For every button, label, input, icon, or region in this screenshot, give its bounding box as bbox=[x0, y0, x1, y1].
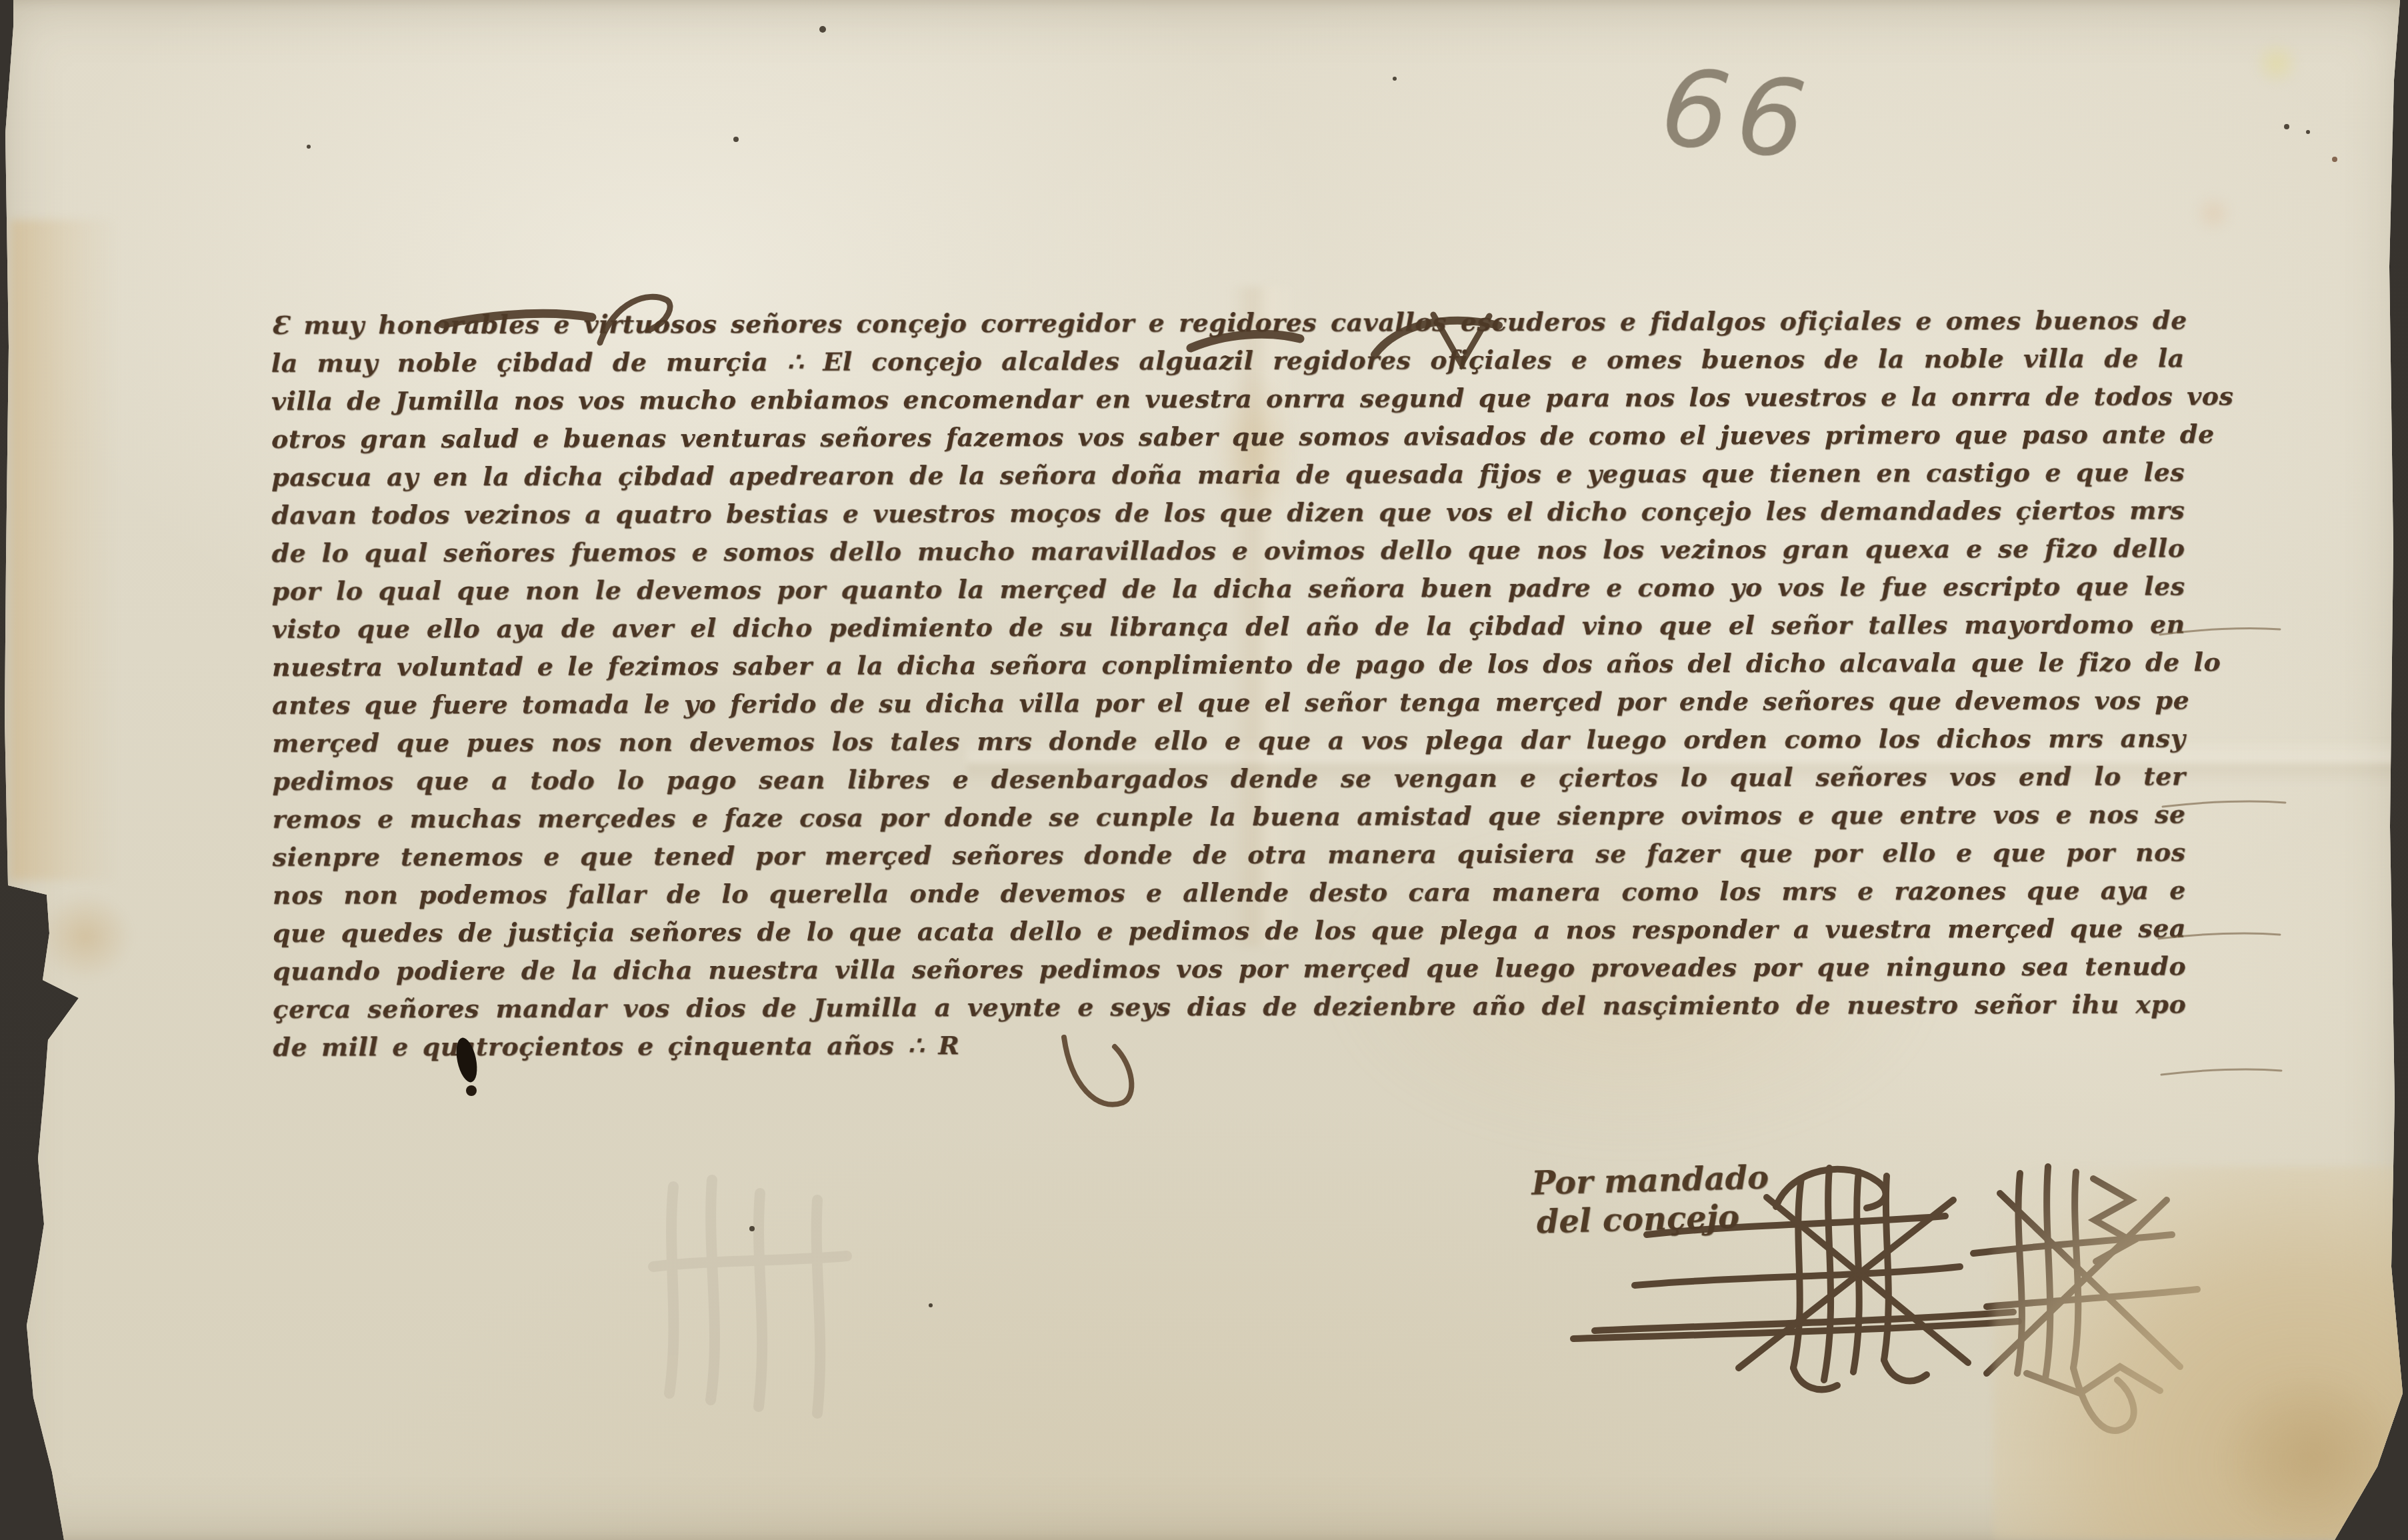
text-line: la muy noble çibdad de murçia ∴ El conçe… bbox=[271, 339, 2185, 382]
signature-by-line: Por mandado bbox=[1531, 1158, 1769, 1203]
signature-office-line: del conçejo bbox=[1532, 1197, 1770, 1241]
text-line: quando podiere de la dicha nuestra villa… bbox=[273, 947, 2186, 990]
text-line: de lo qual señores fuemos e somos dello … bbox=[271, 529, 2185, 572]
text-line: que quedes de justiçia señores de lo que… bbox=[273, 909, 2186, 952]
text-line: pedimos que a todo lo pago sean libres e… bbox=[272, 757, 2185, 800]
signature-rubric-icon bbox=[1973, 1167, 2197, 1431]
text-line: Ɛ muy honorables e virtuosos señores con… bbox=[271, 301, 2185, 344]
corner-water-stain-deep bbox=[2220, 1373, 2408, 1540]
ghost-writing bbox=[653, 1180, 847, 1413]
photograph-background: 66 Ɛ muy honorables e virtuosos señores … bbox=[0, 0, 2408, 1540]
text-line: davan todos vezinos a quatro bestias e v… bbox=[271, 491, 2185, 534]
text-line: merçed que pues nos non devemos los tale… bbox=[272, 719, 2185, 762]
text-line: sienpre tenemos e que tened por merçed s… bbox=[273, 833, 2186, 876]
signature-block: Por mandado del conçejo bbox=[1531, 1158, 1771, 1241]
corner-water-stain bbox=[1993, 1167, 2408, 1540]
text-line: nuestra voluntad e le fezimos saber a la… bbox=[272, 643, 2185, 686]
text-line: nos non podemos fallar de lo querella on… bbox=[273, 871, 2186, 914]
text-line: villa de Jumilla nos vos mucho enbiamos … bbox=[271, 377, 2185, 420]
text-line: çerca señores mandar vos dios de Jumilla… bbox=[273, 985, 2186, 1028]
foxing-spot bbox=[2193, 193, 2233, 233]
text-line: otros gran salud e buenas venturas señor… bbox=[271, 415, 2185, 458]
text-line: pascua ay en la dicha çibdad apedrearon … bbox=[271, 453, 2185, 496]
text-line: antes que fuere tomada le yo ferido de s… bbox=[272, 681, 2185, 724]
text-line: por lo qual que non le devemos por quant… bbox=[272, 567, 2185, 610]
torn-edge-stain bbox=[39, 893, 132, 980]
manuscript-page: 66 Ɛ muy honorables e virtuosos señores … bbox=[0, 0, 2408, 1540]
foxing-spot bbox=[2253, 40, 2300, 87]
text-line: remos e muchas merçedes e faze cosa por … bbox=[272, 795, 2185, 838]
text-line: de mill e quatroçientos e çinquenta años… bbox=[273, 1023, 2186, 1066]
manuscript-text: Ɛ muy honorables e virtuosos señores con… bbox=[271, 301, 2187, 1066]
folio-number: 66 bbox=[1655, 45, 1819, 185]
text-line: visto que ello aya de aver el dicho pedi… bbox=[272, 605, 2185, 648]
left-edge-stain bbox=[11, 220, 117, 880]
